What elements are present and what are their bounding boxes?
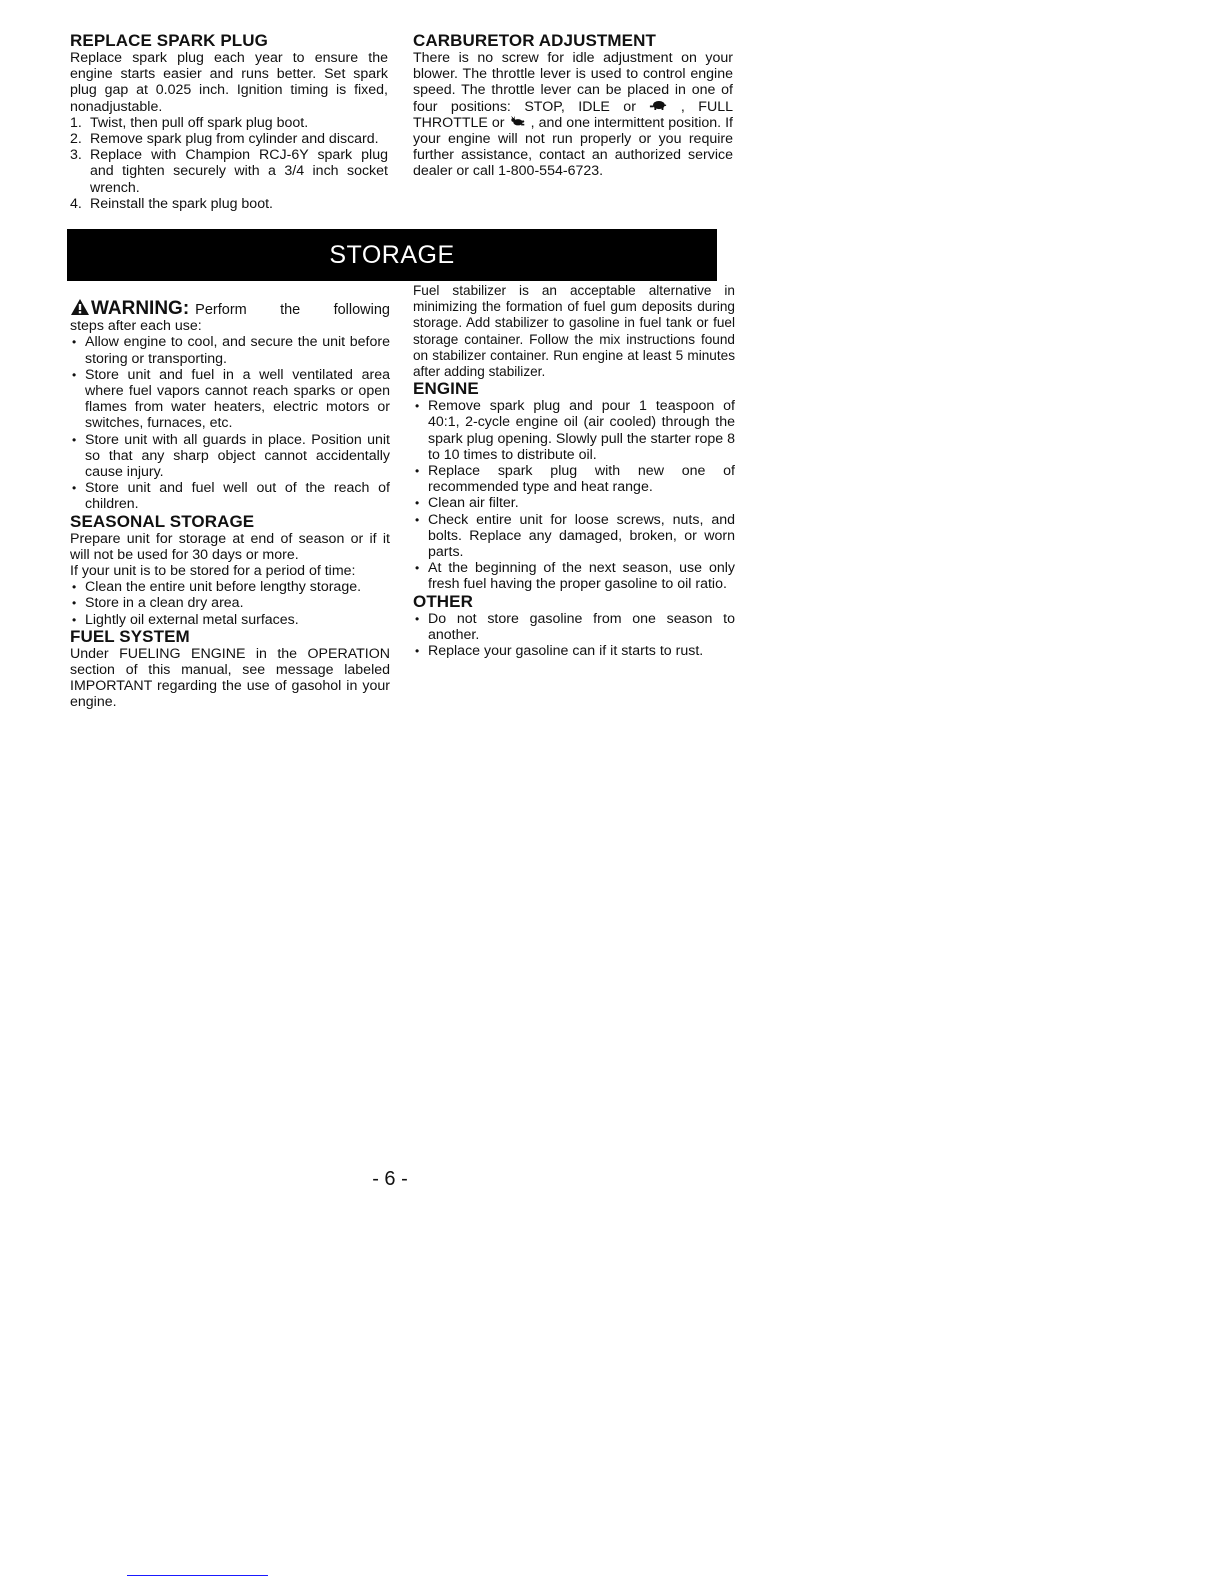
section-intro: Replace spark plug each year to ensure t… xyxy=(70,50,388,115)
seasonal-bullet: Lightly oil external metal surfaces. xyxy=(70,612,390,628)
engine-bullet: Check entire unit for loose screws, nuts… xyxy=(413,512,735,561)
other-section: OTHER Do not store gasoline from one sea… xyxy=(413,593,735,660)
warning-text-first: Perform the following xyxy=(195,302,390,318)
storage-left-column: WARNING: Perform the following steps aft… xyxy=(70,298,390,711)
step-item: 3.Replace with Champion RCJ-6Y spark plu… xyxy=(70,147,388,196)
section-heading: REPLACE SPARK PLUG xyxy=(70,32,388,50)
step-number: 3. xyxy=(70,147,82,163)
step-text: Reinstall the spark plug boot. xyxy=(90,196,273,212)
section-heading: CARBURETOR ADJUSTMENT xyxy=(413,32,733,50)
section-text: There is no screw for idle adjustment on… xyxy=(413,50,733,180)
warning-triangle-icon xyxy=(70,298,90,316)
engine-bullets: Remove spark plug and pour 1 teaspoon of… xyxy=(413,398,735,592)
seasonal-para-2: If your unit is to be stored for a perio… xyxy=(70,563,390,579)
warning-bullet: Store unit and fuel well out of the reac… xyxy=(70,480,390,512)
other-bullet: Replace your gasoline can if it starts t… xyxy=(413,643,735,659)
page-number: - 6 - xyxy=(360,1168,420,1191)
engine-bullet: Remove spark plug and pour 1 teaspoon of… xyxy=(413,398,735,463)
section-heading: SEASONAL STORAGE xyxy=(70,513,390,531)
warning-line: WARNING: Perform the following xyxy=(70,298,390,318)
section-heading: FUEL SYSTEM xyxy=(70,628,390,646)
rabbit-icon xyxy=(509,116,527,127)
warning-bullet: Store unit with all guards in place. Pos… xyxy=(70,432,390,481)
warning-bullet: Allow engine to cool, and secure the uni… xyxy=(70,334,390,366)
engine-bullet: Replace spark plug with new one of recom… xyxy=(413,463,735,495)
engine-section: ENGINE Remove spark plug and pour 1 teas… xyxy=(413,380,735,592)
step-item: 4.Reinstall the spark plug boot. xyxy=(70,196,388,212)
engine-bullet: At the beginning of the next season, use… xyxy=(413,560,735,592)
step-text: Twist, then pull off spark plug boot. xyxy=(90,115,308,131)
warning-text-rest: steps after each use: xyxy=(70,318,390,334)
carburetor-adjustment-section: CARBURETOR ADJUSTMENT There is no screw … xyxy=(413,32,733,180)
turtle-icon xyxy=(649,100,667,111)
engine-bullet: Clean air filter. xyxy=(413,495,735,511)
step-number: 1. xyxy=(70,115,82,131)
storage-banner: STORAGE xyxy=(67,229,717,281)
warning-label: WARNING: xyxy=(91,298,189,319)
warning-label-wrap: WARNING: xyxy=(70,298,189,317)
other-bullet: Do not store gasoline from one season to… xyxy=(413,611,735,643)
step-number: 4. xyxy=(70,196,82,212)
seasonal-bullet: Clean the entire unit before lengthy sto… xyxy=(70,579,390,595)
section-heading: OTHER xyxy=(413,593,735,611)
stabilizer-text: Fuel stabilizer is an acceptable alterna… xyxy=(413,283,735,380)
seasonal-bullets: Clean the entire unit before lengthy sto… xyxy=(70,579,390,628)
fuel-system-section: FUEL SYSTEM Under FUELING ENGINE in the … xyxy=(70,628,390,711)
seasonal-bullet: Store in a clean dry area. xyxy=(70,595,390,611)
step-item: 2.Remove spark plug from cylinder and di… xyxy=(70,131,388,147)
seasonal-storage-section: SEASONAL STORAGE Prepare unit for storag… xyxy=(70,513,390,628)
step-text: Replace with Champion RCJ-6Y spark plug … xyxy=(90,147,388,195)
steps-list: 1.Twist, then pull off spark plug boot. … xyxy=(70,115,388,212)
footer-divider-line xyxy=(127,1575,268,1576)
warning-bullets: Allow engine to cool, and secure the uni… xyxy=(70,334,390,512)
fuel-system-text: Under FUELING ENGINE in the OPERATION se… xyxy=(70,646,390,711)
section-heading: ENGINE xyxy=(413,380,735,398)
other-bullets: Do not store gasoline from one season to… xyxy=(413,611,735,660)
banner-title: STORAGE xyxy=(329,241,454,270)
storage-right-column: Fuel stabilizer is an acceptable alterna… xyxy=(413,283,735,659)
warning-bullet: Store unit and fuel in a well ventilated… xyxy=(70,367,390,432)
replace-spark-plug-section: REPLACE SPARK PLUG Replace spark plug ea… xyxy=(70,32,388,212)
step-item: 1.Twist, then pull off spark plug boot. xyxy=(70,115,388,131)
step-number: 2. xyxy=(70,131,82,147)
seasonal-para-1: Prepare unit for storage at end of seaso… xyxy=(70,531,390,563)
step-text: Remove spark plug from cylinder and disc… xyxy=(90,131,379,147)
warning-block: WARNING: Perform the following steps aft… xyxy=(70,298,390,513)
